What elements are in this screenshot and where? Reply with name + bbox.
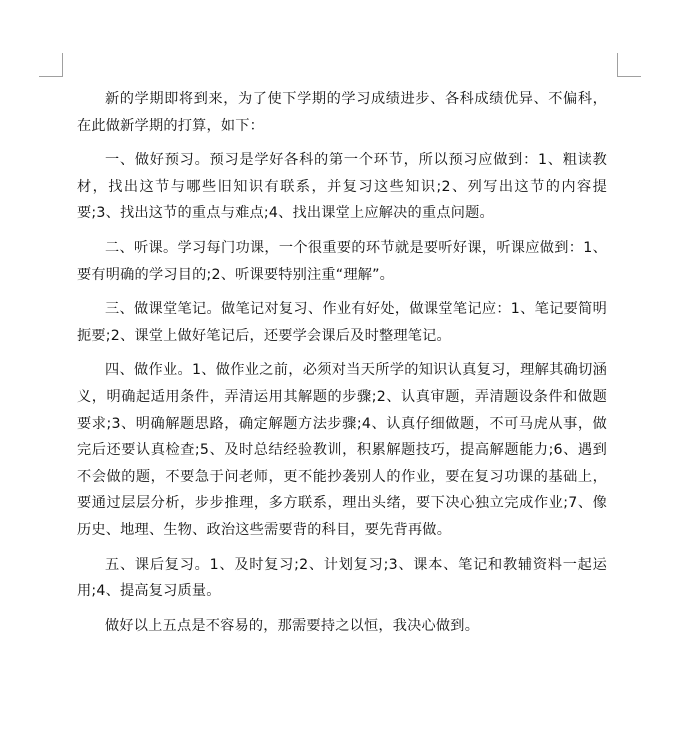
section-listening-paragraph: 二、听课。学习每门功课，一个很重要的环节就是要听好课，听课应做到：1、要有明确的… [77,235,607,288]
page-corner-mark-right [617,53,641,77]
page-corner-mark-left [39,53,63,77]
section-notes-paragraph: 三、做课堂笔记。做笔记对复习、作业有好处，做课堂笔记应：1、笔记要简明扼要;2、… [77,296,607,349]
section-homework-paragraph: 四、做作业。1、做作业之前，必须对当天所学的知识认真复习，理解其确切涵义，明确起… [77,357,607,543]
conclusion-paragraph: 做好以上五点是不容易的，那需要持之以恒，我决心做到。 [77,613,607,640]
section-preview-paragraph: 一、做好预习。预习是学好各科的第一个环节，所以预习应做到：1、粗读教材，找出这节… [77,147,607,227]
intro-paragraph: 新的学期即将到来，为了使下学期的学习成绩进步、各科成绩优异、不偏科，在此做新学期… [77,86,607,139]
section-review-paragraph: 五、课后复习。1、及时复习;2、计划复习;3、课本、笔记和教辅资料一起运用;4、… [77,552,607,605]
document-body[interactable]: 新的学期即将到来，为了使下学期的学习成绩进步、各科成绩优异、不偏科，在此做新学期… [77,86,607,647]
